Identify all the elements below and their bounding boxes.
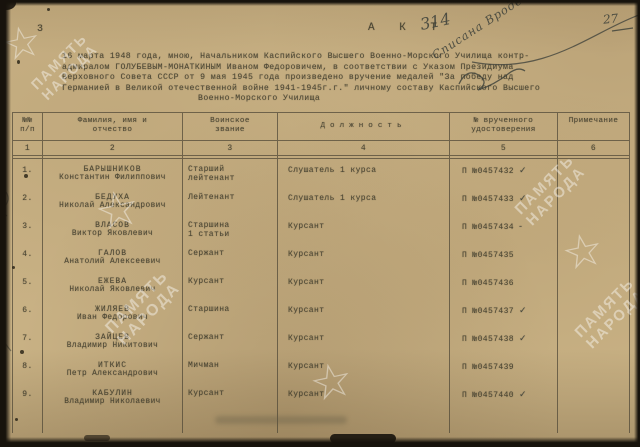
rank-cell: Лейтенант bbox=[183, 187, 278, 215]
page-number-underline bbox=[612, 28, 633, 31]
rank-cell: Старший лейтенант bbox=[183, 159, 278, 187]
certificate-cell: П №0457438✓ bbox=[450, 327, 558, 355]
faded-row-smudge bbox=[215, 416, 347, 424]
note-cell bbox=[558, 271, 630, 299]
certificate-cell: П №0457433✓ bbox=[450, 187, 558, 215]
position-cell: Курсант bbox=[278, 299, 450, 327]
sheet-number: 3 bbox=[37, 24, 43, 35]
header-rank: Воинское звание bbox=[183, 112, 278, 141]
position-cell: Курсант bbox=[278, 215, 450, 243]
given-names: Николай Яковлевич bbox=[43, 286, 182, 294]
surname: БЕДУХА bbox=[43, 187, 182, 202]
given-names: Николай Александрович bbox=[43, 202, 182, 210]
name-cell: ЖИЛЯЕВИван Федорович bbox=[43, 299, 183, 327]
header-note: Примечание bbox=[558, 112, 630, 141]
table-row: 5.ЕЖЕВАНиколай ЯковлевичКурсантКурсантП … bbox=[12, 271, 630, 299]
surname: ЗАЙЦЕВ bbox=[43, 327, 182, 342]
act-number-handwritten: 314 bbox=[418, 9, 452, 34]
row-number: 1. bbox=[12, 159, 43, 187]
certificate-number: П №0457440 bbox=[462, 391, 514, 400]
certificate-number: П №0457432 bbox=[462, 167, 514, 176]
rank-cell: Сержант bbox=[183, 243, 278, 271]
given-names: Иван Федорович bbox=[43, 314, 182, 322]
certificate-number: П №0457438 bbox=[462, 335, 514, 344]
scan-edge-top bbox=[0, 0, 640, 6]
certificate-number: П №0457435 bbox=[462, 251, 514, 260]
table-row: 4.ГАЛОВАнатолий АлексеевичСержантКурсант… bbox=[12, 243, 630, 271]
note-cell bbox=[558, 215, 630, 243]
name-cell: БАРЫШНИКОВКонстантин Филиппович bbox=[43, 159, 183, 187]
table-row: 3.ВЛАСОВВиктор ЯковлевичСтаршина 1 стать… bbox=[12, 215, 630, 243]
surname: ГАЛОВ bbox=[43, 243, 182, 258]
note-cell bbox=[558, 383, 630, 411]
intro-line: Германией в Великой отечественной войне … bbox=[62, 84, 582, 95]
name-cell: ВЛАСОВВиктор Яковлевич bbox=[43, 215, 183, 243]
rank-cell: Сержант bbox=[183, 327, 278, 355]
certificate-cell: П №0457436 bbox=[450, 271, 558, 299]
given-names: Владимир Никитович bbox=[43, 342, 182, 350]
note-cell bbox=[558, 243, 630, 271]
name-cell: БЕДУХАНиколай Александрович bbox=[43, 187, 183, 215]
position-cell: Курсант bbox=[278, 243, 450, 271]
certificate-number: П №0457434 bbox=[462, 223, 514, 232]
table-row: 7.ЗАЙЦЕВВладимир НикитовичСержантКурсант… bbox=[12, 327, 630, 355]
intro-line: Верховного Совета СССР от 9 мая 1945 год… bbox=[62, 73, 582, 84]
given-names: Петр Александрович bbox=[43, 370, 182, 378]
scan-edge-blob bbox=[84, 435, 110, 441]
given-names: Константин Филиппович bbox=[43, 174, 182, 182]
name-cell: КАБУЛИНВладимир Николаевич bbox=[43, 383, 183, 411]
position-cell: Курсант bbox=[278, 327, 450, 355]
award-table: №№ п/п Фамилия, имя и отчество Воинское … bbox=[12, 112, 630, 433]
intro-line: 16 марта 1948 года, мною, Начальником Ка… bbox=[62, 52, 582, 63]
certificate-number: П №0457439 bbox=[462, 363, 514, 372]
scan-corner-blob bbox=[0, 0, 16, 10]
page-number-handwritten: 27 bbox=[602, 11, 619, 27]
column-number: 2 bbox=[43, 141, 183, 156]
certificate-cell: П №0457440✓ bbox=[450, 383, 558, 411]
table-body: 1.БАРЫШНИКОВКонстантин ФилипповичСтарший… bbox=[12, 159, 630, 411]
surname: БАРЫШНИКОВ bbox=[43, 159, 182, 174]
checkmark-icon: - bbox=[519, 222, 522, 232]
row-number: 3. bbox=[12, 215, 43, 243]
certificate-number: П №0457433 bbox=[462, 195, 514, 204]
surname: ИТКИС bbox=[43, 355, 182, 370]
table-row: 1.БАРЫШНИКОВКонстантин ФилипповичСтарший… bbox=[12, 159, 630, 187]
row-number: 2. bbox=[12, 187, 43, 215]
table-header-row: №№ п/п Фамилия, имя и отчество Воинское … bbox=[12, 112, 630, 141]
checkmark-icon: ✓ bbox=[519, 306, 527, 316]
certificate-cell: П №0457434- bbox=[450, 215, 558, 243]
position-cell: Курсант bbox=[278, 271, 450, 299]
row-number: 4. bbox=[12, 243, 43, 271]
note-cell bbox=[558, 355, 630, 383]
given-names: Анатолий Алексеевич bbox=[43, 258, 182, 266]
scan-edge-left bbox=[0, 0, 11, 447]
surname: ВЛАСОВ bbox=[43, 215, 182, 230]
note-cell bbox=[558, 327, 630, 355]
row-number: 5. bbox=[12, 271, 43, 299]
rank-cell: Курсант bbox=[183, 383, 278, 411]
header-row-number: №№ п/п bbox=[12, 112, 43, 141]
column-number: 6 bbox=[558, 141, 630, 156]
surname: ЖИЛЯЕВ bbox=[43, 299, 182, 314]
intro-line: адмиралом ГОЛУБЕВЫМ-МОНАТКИНЫМ Иваном Фе… bbox=[62, 63, 582, 74]
position-cell: Курсант bbox=[278, 383, 450, 411]
rank-cell: Мичман bbox=[183, 355, 278, 383]
rank-cell: Старшина 1 статьи bbox=[183, 215, 278, 243]
header-position: Должность bbox=[278, 112, 450, 141]
surname: ЕЖЕВА bbox=[43, 271, 182, 286]
checkmark-icon: ✓ bbox=[519, 194, 527, 204]
position-cell: Курсант bbox=[278, 355, 450, 383]
given-names: Владимир Николаевич bbox=[43, 398, 182, 406]
table-row: 9.КАБУЛИНВладимир НиколаевичКурсантКурса… bbox=[12, 383, 630, 411]
checkmark-icon: ✓ bbox=[519, 334, 527, 344]
certificate-number: П №0457436 bbox=[462, 279, 514, 288]
certificate-cell: П №0457437✓ bbox=[450, 299, 558, 327]
rank-cell: Курсант bbox=[183, 271, 278, 299]
rank-cell: Старшина bbox=[183, 299, 278, 327]
checkmark-icon: ✓ bbox=[519, 390, 527, 400]
name-cell: ЗАЙЦЕВВладимир Никитович bbox=[43, 327, 183, 355]
note-cell bbox=[558, 299, 630, 327]
name-cell: ИТКИСПетр Александрович bbox=[43, 355, 183, 383]
checkmark-icon: ✓ bbox=[519, 166, 527, 176]
note-cell bbox=[558, 187, 630, 215]
intro-paragraph: 16 марта 1948 года, мною, Начальником Ка… bbox=[62, 52, 582, 105]
certificate-cell: П №0457432✓ bbox=[450, 159, 558, 187]
scan-edge-blob bbox=[330, 434, 396, 443]
intro-line: Военно-Морского Училища bbox=[198, 94, 582, 105]
row-number: 6. bbox=[12, 299, 43, 327]
name-cell: ЕЖЕВАНиколай Яковлевич bbox=[43, 271, 183, 299]
header-name: Фамилия, имя и отчество bbox=[43, 112, 183, 141]
table-row: 6.ЖИЛЯЕВИван ФедоровичСтаршинаКурсантП №… bbox=[12, 299, 630, 327]
position-cell: Слушатель 1 курса bbox=[278, 159, 450, 187]
scan-edge-right bbox=[634, 0, 640, 447]
table-row: 8.ИТКИСПетр АлександровичМичманКурсантП … bbox=[12, 355, 630, 383]
column-number: 1 bbox=[12, 141, 43, 156]
row-number: 9. bbox=[12, 383, 43, 411]
table-row: 2.БЕДУХАНиколай АлександровичЛейтенантСл… bbox=[12, 187, 630, 215]
column-number: 5 bbox=[450, 141, 558, 156]
position-cell: Слушатель 1 курса bbox=[278, 187, 450, 215]
row-number: 8. bbox=[12, 355, 43, 383]
document-page: ☆ ПАМЯТЬ НАРОДА ☆ ПАМЯТЬ НАРОДА ☆ ПАМЯТЬ… bbox=[0, 0, 640, 447]
certificate-cell: П №0457439 bbox=[450, 355, 558, 383]
note-cell bbox=[558, 159, 630, 187]
surname: КАБУЛИН bbox=[43, 383, 182, 398]
certificate-number: П №0457437 bbox=[462, 307, 514, 316]
column-number: 4 bbox=[278, 141, 450, 156]
row-number: 7. bbox=[12, 327, 43, 355]
column-number-row: 1 2 3 4 5 6 bbox=[12, 141, 630, 156]
header-certificate: № врученного удостоверения bbox=[450, 112, 558, 141]
given-names: Виктор Яковлевич bbox=[43, 230, 182, 238]
column-number: 3 bbox=[183, 141, 278, 156]
certificate-cell: П №0457435 bbox=[450, 243, 558, 271]
name-cell: ГАЛОВАнатолий Алексеевич bbox=[43, 243, 183, 271]
